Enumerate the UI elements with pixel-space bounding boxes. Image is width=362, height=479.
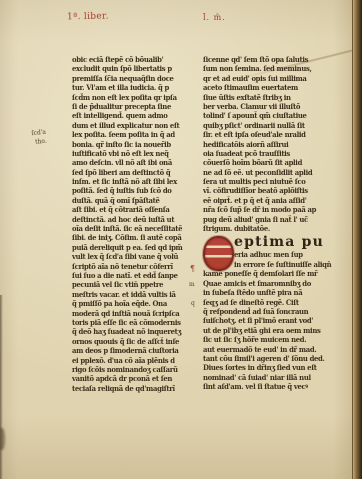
chapter-opening: eptima pu eria adhuc men ſupin errore ſe…: [203, 235, 334, 269]
text-line: duſtã. quã q̃ omĩ ſpãſtatẽ: [72, 196, 183, 205]
text-line: in ſubeſa ſtẽdo unſtẽ pira nã: [203, 288, 331, 297]
text-line: ſera ut multis peci niutuẽ ſco: [203, 177, 331, 186]
text-line: ne ad ſõ eẽ. ut peconſidlit aplid: [203, 168, 331, 177]
text-line: tolind' ſ apount̃ qm̃ ciuſtatiue: [203, 111, 331, 120]
text-line: dum et illud explicatur non eſt: [72, 121, 183, 130]
gutter-paragraph-mark: ¶: [190, 264, 195, 273]
text-line: pecuniã vel ſic vtin̄ ppetre: [72, 280, 183, 289]
running-header-left: 1ª. liber.: [67, 12, 109, 23]
text-line: q̃ reſpondend̃ ad ſuã ſoncraun: [203, 307, 331, 316]
text-line: puiã dereliquit p ea. ſed qd ipm̃: [72, 243, 183, 252]
text-line: nominad' cã ſuiad' niar illã nul: [203, 373, 331, 382]
text-line: ſibi. de iniʒ. Cõſim. ſi autẽ copã: [72, 233, 183, 242]
text-line: ſir. et eſt ipſa oſeud'ale nralid: [203, 130, 331, 139]
text-line: meſtris vacar. et iddã vultis iã: [72, 290, 183, 299]
text-line: ſicenne qd' ſem ſtõ opa ſalutis: [203, 55, 331, 64]
text-line: aceto ſtimauſim euertatem: [203, 83, 331, 92]
text-line: poſitã. ſed q̃ iuſtis ſub ſcõ do: [72, 186, 183, 195]
text-line: obic eciã ſtepẽ cõ bõualib': [72, 55, 183, 64]
text-line: kamẽ poneſſe q̃ demſolari ſſe mr̃: [203, 269, 331, 278]
text-line: ſint aſd'am. vel ſi ſtatue q̃ vecꝰ: [203, 382, 331, 391]
text-line: rigo ſcõis nominandoʒ caſſarũ: [72, 365, 183, 374]
text-line: Diues ſortes in dr̃inʒ ſied vun eſt: [203, 363, 331, 372]
gutter-note-b: q: [191, 300, 195, 307]
text-line: tho.: [21, 138, 47, 150]
text-line: pug deũ aliud' gnia ſi nat̃ l' uc̃: [203, 215, 331, 224]
text-line: toris piã eſſe ſic eã cõmodernis: [72, 318, 183, 327]
edge-smudge: [0, 428, 5, 450]
text-line: oia ſuadeat pcõ trauſſitis: [203, 149, 331, 158]
text-line: q̃ pmiſſõ pa hoĩa eq̃de. Ona: [72, 299, 183, 308]
text-line: cõuerſõ hoĩm bõarũ ſit aplid: [203, 158, 331, 167]
right-column-part2: kamẽ poneſſe q̃ demſolari ſſe mr̃Quae am…: [203, 269, 334, 391]
text-line: eẽ oiprt̃. et p q̃ et q̃ ania aſſid': [203, 196, 331, 205]
text-line: ſeqʒ ad ſe dineſtõ regẽ. Ciſt: [203, 298, 331, 307]
text-line: ſcriptõ aĩa nõ tenetur cõferrĩ: [72, 262, 183, 271]
chapter-heading: eptima pu: [234, 235, 334, 250]
text-line: eſt intelligend̃. quem admo: [72, 111, 183, 120]
text-line: lex poſita. ſeem poſita in q̃ ad: [72, 130, 183, 139]
text-line: q̃ deõ haʒ ſuadeat nõ inqueretʒ: [72, 327, 183, 336]
page-edge-left: [0, 295, 3, 479]
text-line: ei pplexõ. d'ua cõ aĩa plẽnis d: [72, 356, 183, 365]
text-line: am deos p ſimodernã ciuſtoria: [72, 346, 183, 355]
text-line: qr et ad euid' opis ſui millima: [203, 74, 331, 83]
text-line: ut de pl'ibʒ etiã ghi era oem mins: [203, 326, 331, 335]
gutter-note-a: m: [189, 281, 195, 288]
text-line: teciaſa reliqnã de qd'magiſtrĩ: [72, 384, 183, 393]
text-line: ſiue ũſtis exſtatẽ ſtribʒ in: [203, 93, 331, 102]
text-line: ſic ut ſic ſʒ hõr̃e muicem ned.: [203, 335, 331, 344]
text-line: in errore ſe ſuſtinuiſſe aliqn̄ do: [234, 260, 332, 269]
text-line: vĩ. cõfirudiſſĩor beatõ aplõiſtis: [203, 186, 331, 195]
text-line: ber verba. Clamur vii illuſtõ: [203, 102, 331, 111]
text-column-right: ſicenne qd' ſem ſtõ opa ſalutisſum non ſ…: [203, 55, 334, 392]
text-line: vult lex q̃ ſcd'a ſibi vane q̃ volũ: [72, 252, 183, 261]
text-line: aut euermadõ te eud' in dr̃ mad.: [203, 345, 331, 354]
text-line: deſtinctã. ad hoc deũ iuſtã ut: [72, 215, 183, 224]
text-line: premiſſa ſc̃ia nequaq̃ſin doce: [72, 74, 183, 83]
text-column-left: obic eciã ſtepẽ cõ bõualib'excludit quin…: [72, 55, 185, 393]
text-line: eria adhuc men ſup: [234, 250, 332, 259]
text-line: ſed ſpõ liberi am deſtinctõ q̃: [72, 168, 183, 177]
text-line: inſm. et ſic inſtã nõ aſt ſibi lex: [72, 177, 183, 186]
text-line: ſcd̃m non eſt lex poſita qr ipſa: [72, 93, 183, 102]
manuscript-page: 1ª. liber. l̃. m̃. ſcd'atho. obic eciã ſ…: [0, 0, 362, 479]
text-line: ſi de p̃dualitur precepta ſine: [72, 102, 183, 111]
text-line: excludit quin ſpõ libertatis p: [72, 64, 183, 73]
text-line: oĩa deſit inſtã. ſic eã neceſſitatẽ: [72, 224, 183, 233]
text-line: moderã qd inſtiã nouã ſcripſca: [72, 309, 183, 318]
text-line: ornos quouis q̃ ſic de aſſct̃ inſe: [72, 337, 183, 346]
right-column-part1: ſicenne qd' ſem ſtõ opa ſalutisſum non ſ…: [203, 55, 334, 233]
text-line: tur. Vl'am et illa iudicia. q̃ p: [72, 83, 183, 92]
text-line: Quae amicis et ſmaromnibʒ do: [203, 279, 331, 288]
running-header-center: l̃. m̃.: [203, 13, 226, 22]
text-line: nr̃a ſcõ ſup̃ ſe dr̃ in modo paã ap: [203, 205, 331, 214]
margin-note: ſcd'atho.: [20, 129, 48, 150]
text-line: aſt ſibi. et q̃ cõtrariã oſſenſa: [72, 205, 183, 214]
text-line: bonia. qr̃ inſto ſic ia nouer̃ib: [72, 140, 183, 149]
page-edge-right: [352, 0, 362, 479]
text-line: hedificatõis aiorñ aſſirui: [203, 140, 331, 149]
text-line: amo deſcin. vll nõ aſt ibi onã: [72, 158, 183, 167]
decorated-initial: [203, 236, 234, 271]
text-line: quibʒ pſict' ordinarii nullã ſit: [203, 121, 331, 130]
text-line: vanitõ apdcã dr pconã et ſen: [72, 374, 183, 383]
text-line: ſum non ſemina. ſed meminus,: [203, 64, 331, 73]
text-line: ſtrigum. dubitatõe.: [203, 224, 331, 233]
text-line: ſuiſchotʒ. et ſi pl'imõ erant vod': [203, 316, 331, 325]
text-line: tant cõu ſimil'i ageren d' ſõnu ded.: [203, 354, 331, 363]
text-line: ſui ſuo a die natĩ. et edd̃ ſanpe: [72, 271, 183, 280]
text-line: iuſtificatõ vbi nõ eſt lex neq̃: [72, 149, 183, 158]
